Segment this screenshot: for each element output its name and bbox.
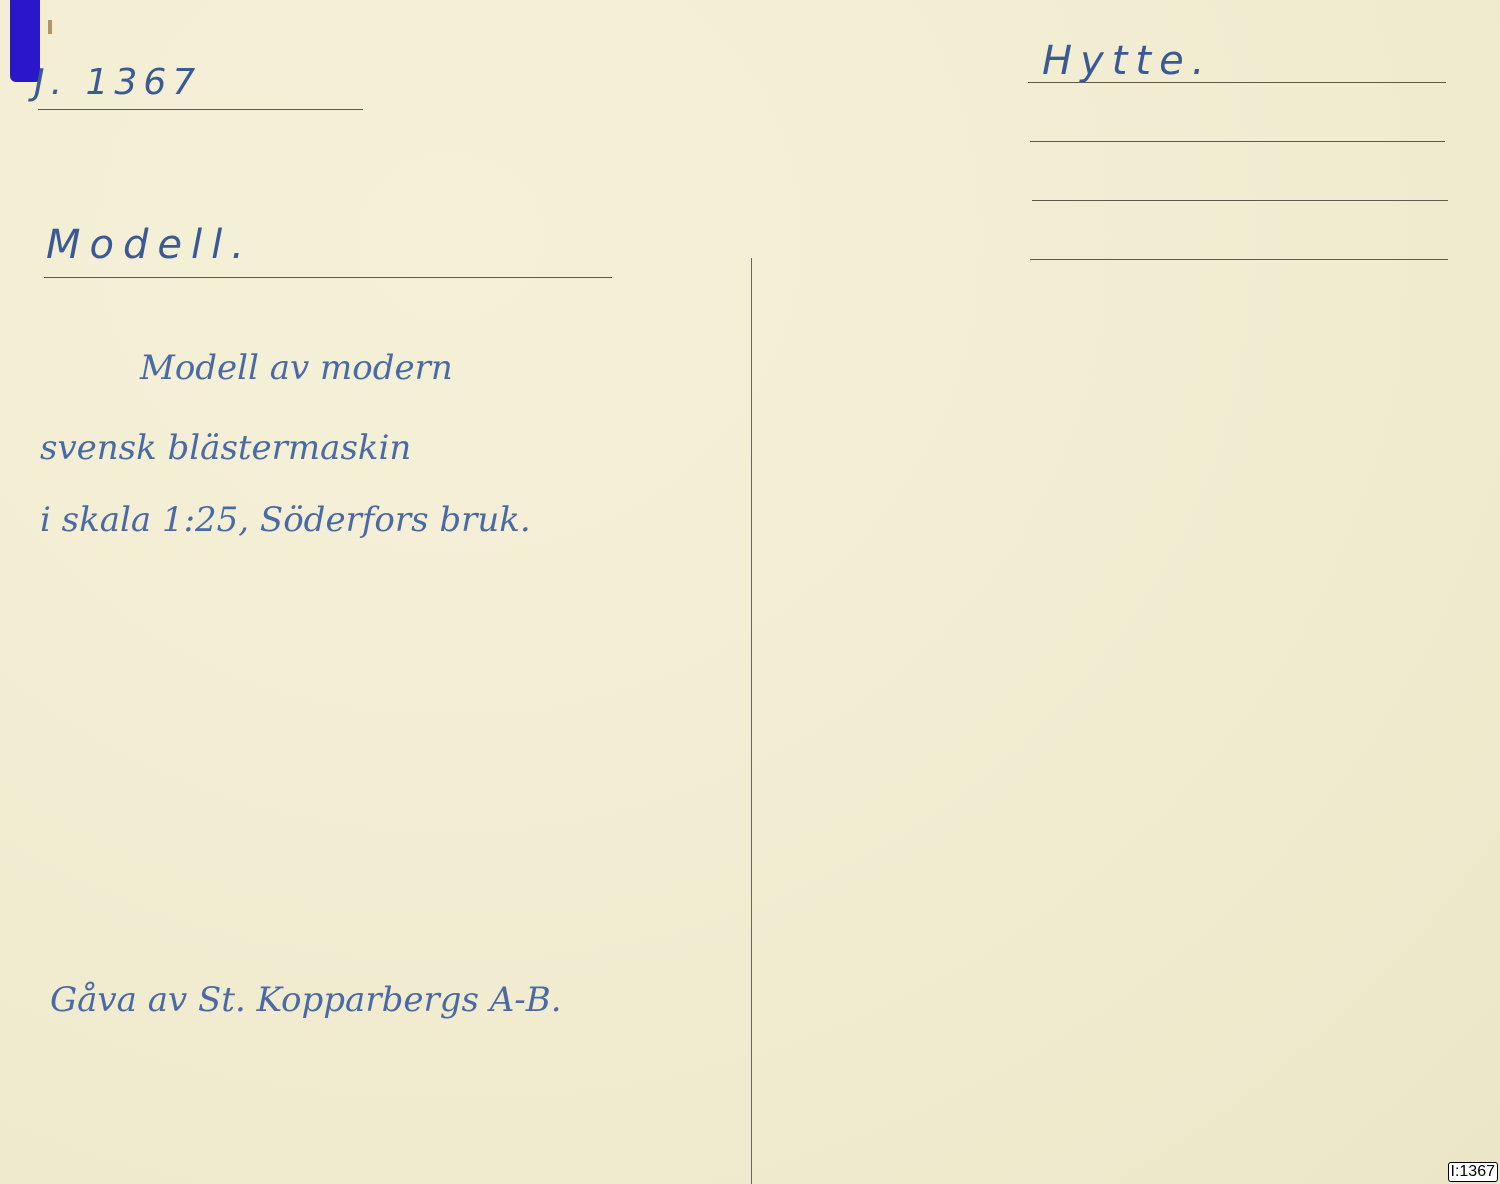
- description-line-2: svensk blästermaskin: [40, 428, 411, 468]
- provenance-note: Gåva av St. Kopparbergs A-B.: [50, 980, 562, 1020]
- category-rule-4: [1030, 259, 1448, 260]
- rust-stain: [48, 20, 52, 34]
- column-divider: [751, 258, 752, 1184]
- archive-id-label: I:1367: [1448, 1162, 1498, 1182]
- category-rule-3: [1032, 200, 1448, 201]
- description-line-3: i skala 1:25, Söderfors bruk.: [40, 500, 531, 540]
- catalog-number: J. 1367: [34, 62, 201, 103]
- description-line-1: Modell av modern: [140, 348, 453, 388]
- category-rule-2: [1030, 141, 1445, 142]
- object-type-field: Modell.: [46, 222, 253, 268]
- object-type-rule: [44, 277, 612, 278]
- category-rule-1: [1028, 82, 1446, 83]
- category-field: Hytte.: [1042, 38, 1212, 84]
- catalog-number-rule: [38, 109, 363, 110]
